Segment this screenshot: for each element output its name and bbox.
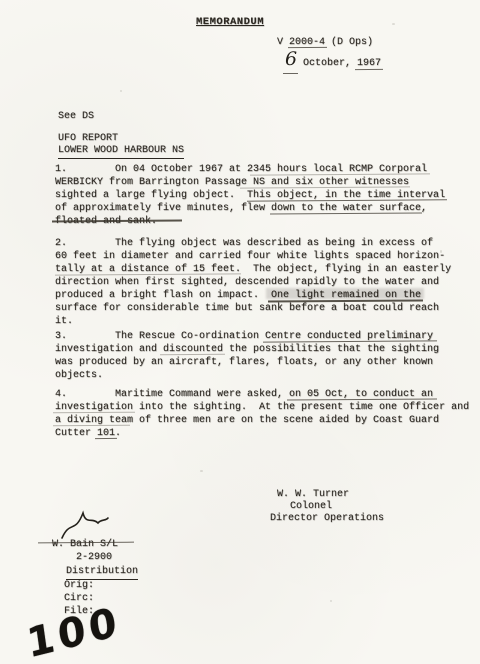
scan-speck [440,250,442,253]
scan-speck [330,600,332,602]
paragraph-3-line: investigation and discounted the possibi… [55,343,439,356]
pencil-underline [355,69,383,70]
distribution-label: Distribution [66,565,138,580]
paragraph-3-line: was produced by an aircraft, flares, flo… [55,356,433,369]
paragraph-3-line: objects. [55,369,103,382]
handwritten-date-day: 6 [285,48,297,70]
drafting-officer: W. Bain S/L [52,538,118,551]
scan-speck [392,23,395,25]
paragraph-2-line: surface for considerable time but sank b… [55,302,439,315]
handwritten-page-number: 100 [24,599,123,664]
signature-title: Director Operations [270,512,384,525]
subject-line-location: LOWER WOOD HARBOUR NS [58,144,184,159]
scan-speck [200,470,203,472]
paragraph-2-line: it. [55,315,73,328]
phone-number: 2-2900 [76,551,112,564]
memo-page: MEMORANDUM V 2000-4 (D Ops) 6 October, 1… [0,0,480,664]
pencil-underline [283,73,298,74]
paragraph-2-line: 2. The flying object was described as be… [55,237,433,250]
memo-title: MEMORANDUM [196,16,264,29]
pencil-underline [95,438,117,439]
scan-speck [120,90,122,92]
distribution-item-orig: Orig: [64,579,94,592]
distribution-item-circ: Circ: [64,592,94,605]
paragraph-2-line: 60 feet in diameter and carried four whi… [55,250,445,263]
ink-smudge [266,288,424,299]
reference-note: See DS [58,110,94,123]
